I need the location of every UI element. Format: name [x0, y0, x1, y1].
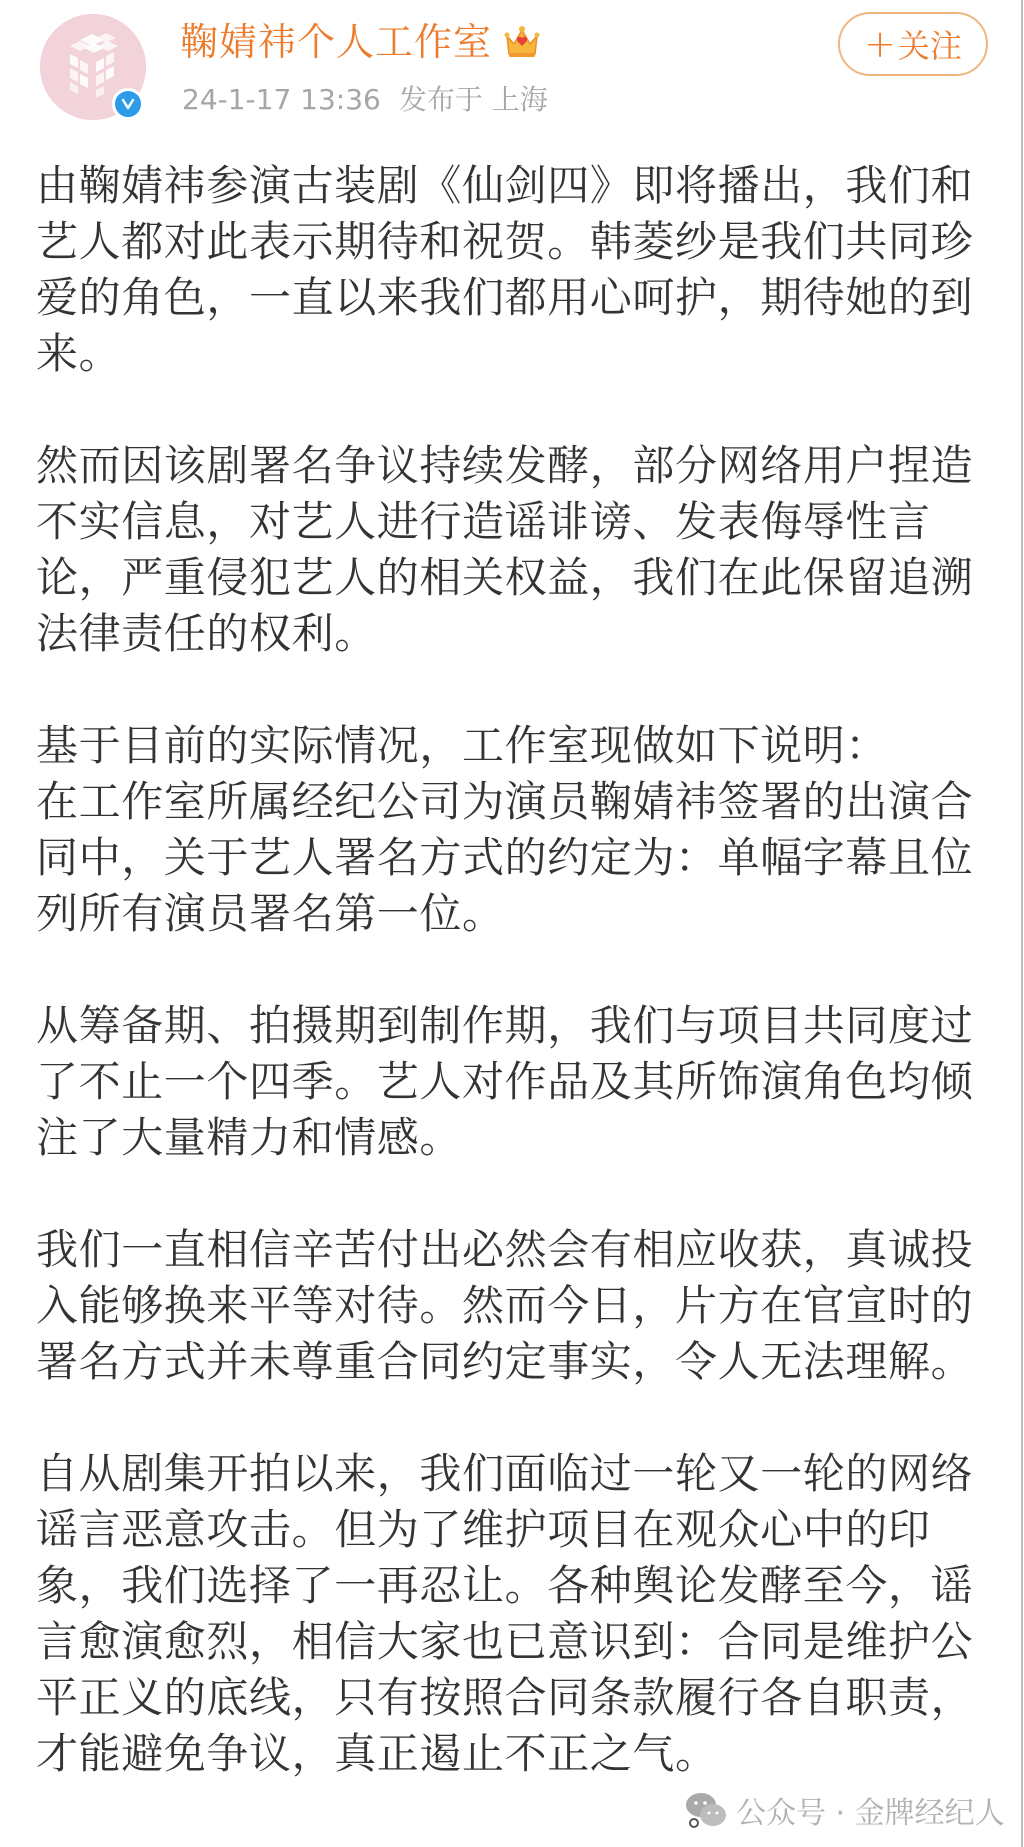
author-name[interactable]: 鞠婧祎个人工作室 — [180, 16, 542, 68]
text-line: 爱的角色，一直以来我们都用心呵护，期待她的到 — [36, 270, 986, 326]
text-line: 署名方式并未尊重合同约定事实，令人无法理解。 — [36, 1334, 986, 1390]
text-line: 从筹备期、拍摄期到制作期，我们与项目共同度过 — [36, 998, 986, 1054]
text-line: 由鞠婧祎参演古装剧《仙剑四》即将播出，我们和 — [36, 158, 986, 214]
follow-button[interactable]: + 关注 — [838, 12, 988, 76]
paragraph-1: 由鞠婧祎参演古装剧《仙剑四》即将播出，我们和 艺人都对此表示期待和祝贺。韩菱纱是… — [36, 158, 986, 382]
right-edge-divider — [1021, 0, 1023, 1847]
text-line: 象，我们选择了一再忍让。各种舆论发酵至今，谣 — [36, 1558, 986, 1614]
post-location: 发布于 上海 — [399, 83, 548, 116]
text-line: 自从剧集开拍以来，我们面临过一轮又一轮的网络 — [36, 1446, 986, 1502]
text-line: 论，严重侵犯艺人的相关权益，我们在此保留追溯 — [36, 550, 986, 606]
follow-button-label: 关注 — [898, 21, 962, 67]
text-line: 平正义的底线，只有按照合同条款履行各自职责， — [36, 1670, 986, 1726]
watermark: 公众号 · 金牌经纪人 — [684, 1788, 1005, 1832]
text-line: 言愈演愈烈，相信大家也已意识到：合同是维护公 — [36, 1614, 986, 1670]
post-body: 由鞠婧祎参演古装剧《仙剑四》即将播出，我们和 艺人都对此表示期待和祝贺。韩菱纱是… — [36, 158, 986, 1838]
text-line: 在工作室所属经纪公司为演员鞠婧祎签署的出演合 — [36, 774, 986, 830]
plus-icon: + — [864, 22, 896, 66]
post-timestamp: 24-1-17 13:36 — [182, 83, 381, 116]
paragraph-3: 基于目前的实际情况，工作室现做如下说明： 在工作室所属经纪公司为演员鞠婧祎签署的… — [36, 718, 986, 942]
verified-v-badge-icon — [120, 96, 136, 112]
text-line: 然而因该剧署名争议持续发酵，部分网络用户捏造 — [36, 438, 986, 494]
text-line: 不实信息，对艺人进行造谣诽谤、发表侮辱性言 — [36, 494, 986, 550]
text-line: 法律责任的权利。 — [36, 606, 986, 662]
author-name-text[interactable]: 鞠婧祎个人工作室 — [180, 16, 492, 68]
text-line: 注了大量精力和情感。 — [36, 1110, 986, 1166]
wechat-icon — [684, 1790, 728, 1830]
paragraph-5: 我们一直相信辛苦付出必然会有相应收获，真诚投 入能够换来平等对待。然而今日，片方… — [36, 1222, 986, 1390]
post-meta: 24-1-17 13:36发布于 上海 — [182, 80, 566, 120]
text-line: 我们一直相信辛苦付出必然会有相应收获，真诚投 — [36, 1222, 986, 1278]
text-line: 才能避免争议，真正遏止不正之气。 — [36, 1726, 986, 1782]
text-line: 谣言恶意攻击。但为了维护项目在观众心中的印 — [36, 1502, 986, 1558]
text-line: 了不止一个四季。艺人对作品及其所饰演角色均倾 — [36, 1054, 986, 1110]
crown-member-icon — [502, 24, 542, 60]
text-line: 艺人都对此表示期待和祝贺。韩菱纱是我们共同珍 — [36, 214, 986, 270]
paragraph-6: 自从剧集开拍以来，我们面临过一轮又一轮的网络 谣言恶意攻击。但为了维护项目在观众… — [36, 1446, 986, 1782]
watermark-text: 公众号 · 金牌经纪人 — [736, 1788, 1005, 1832]
text-line: 入能够换来平等对待。然而今日，片方在官宣时的 — [36, 1278, 986, 1334]
post-header: 鞠婧祎个人工作室 24-1-17 13:36发布于 上海 + 关注 — [0, 0, 1024, 130]
paragraph-2: 然而因该剧署名争议持续发酵，部分网络用户捏造 不实信息，对艺人进行造谣诽谤、发表… — [36, 438, 986, 662]
paragraph-4: 从筹备期、拍摄期到制作期，我们与项目共同度过 了不止一个四季。艺人对作品及其所饰… — [36, 998, 986, 1166]
text-line: 同中，关于艺人署名方式的约定为：单幅字幕且位 — [36, 830, 986, 886]
text-line: 列所有演员署名第一位。 — [36, 886, 986, 942]
verified-badge — [112, 88, 144, 120]
text-line: 来。 — [36, 326, 986, 382]
text-line: 基于目前的实际情况，工作室现做如下说明： — [36, 718, 986, 774]
